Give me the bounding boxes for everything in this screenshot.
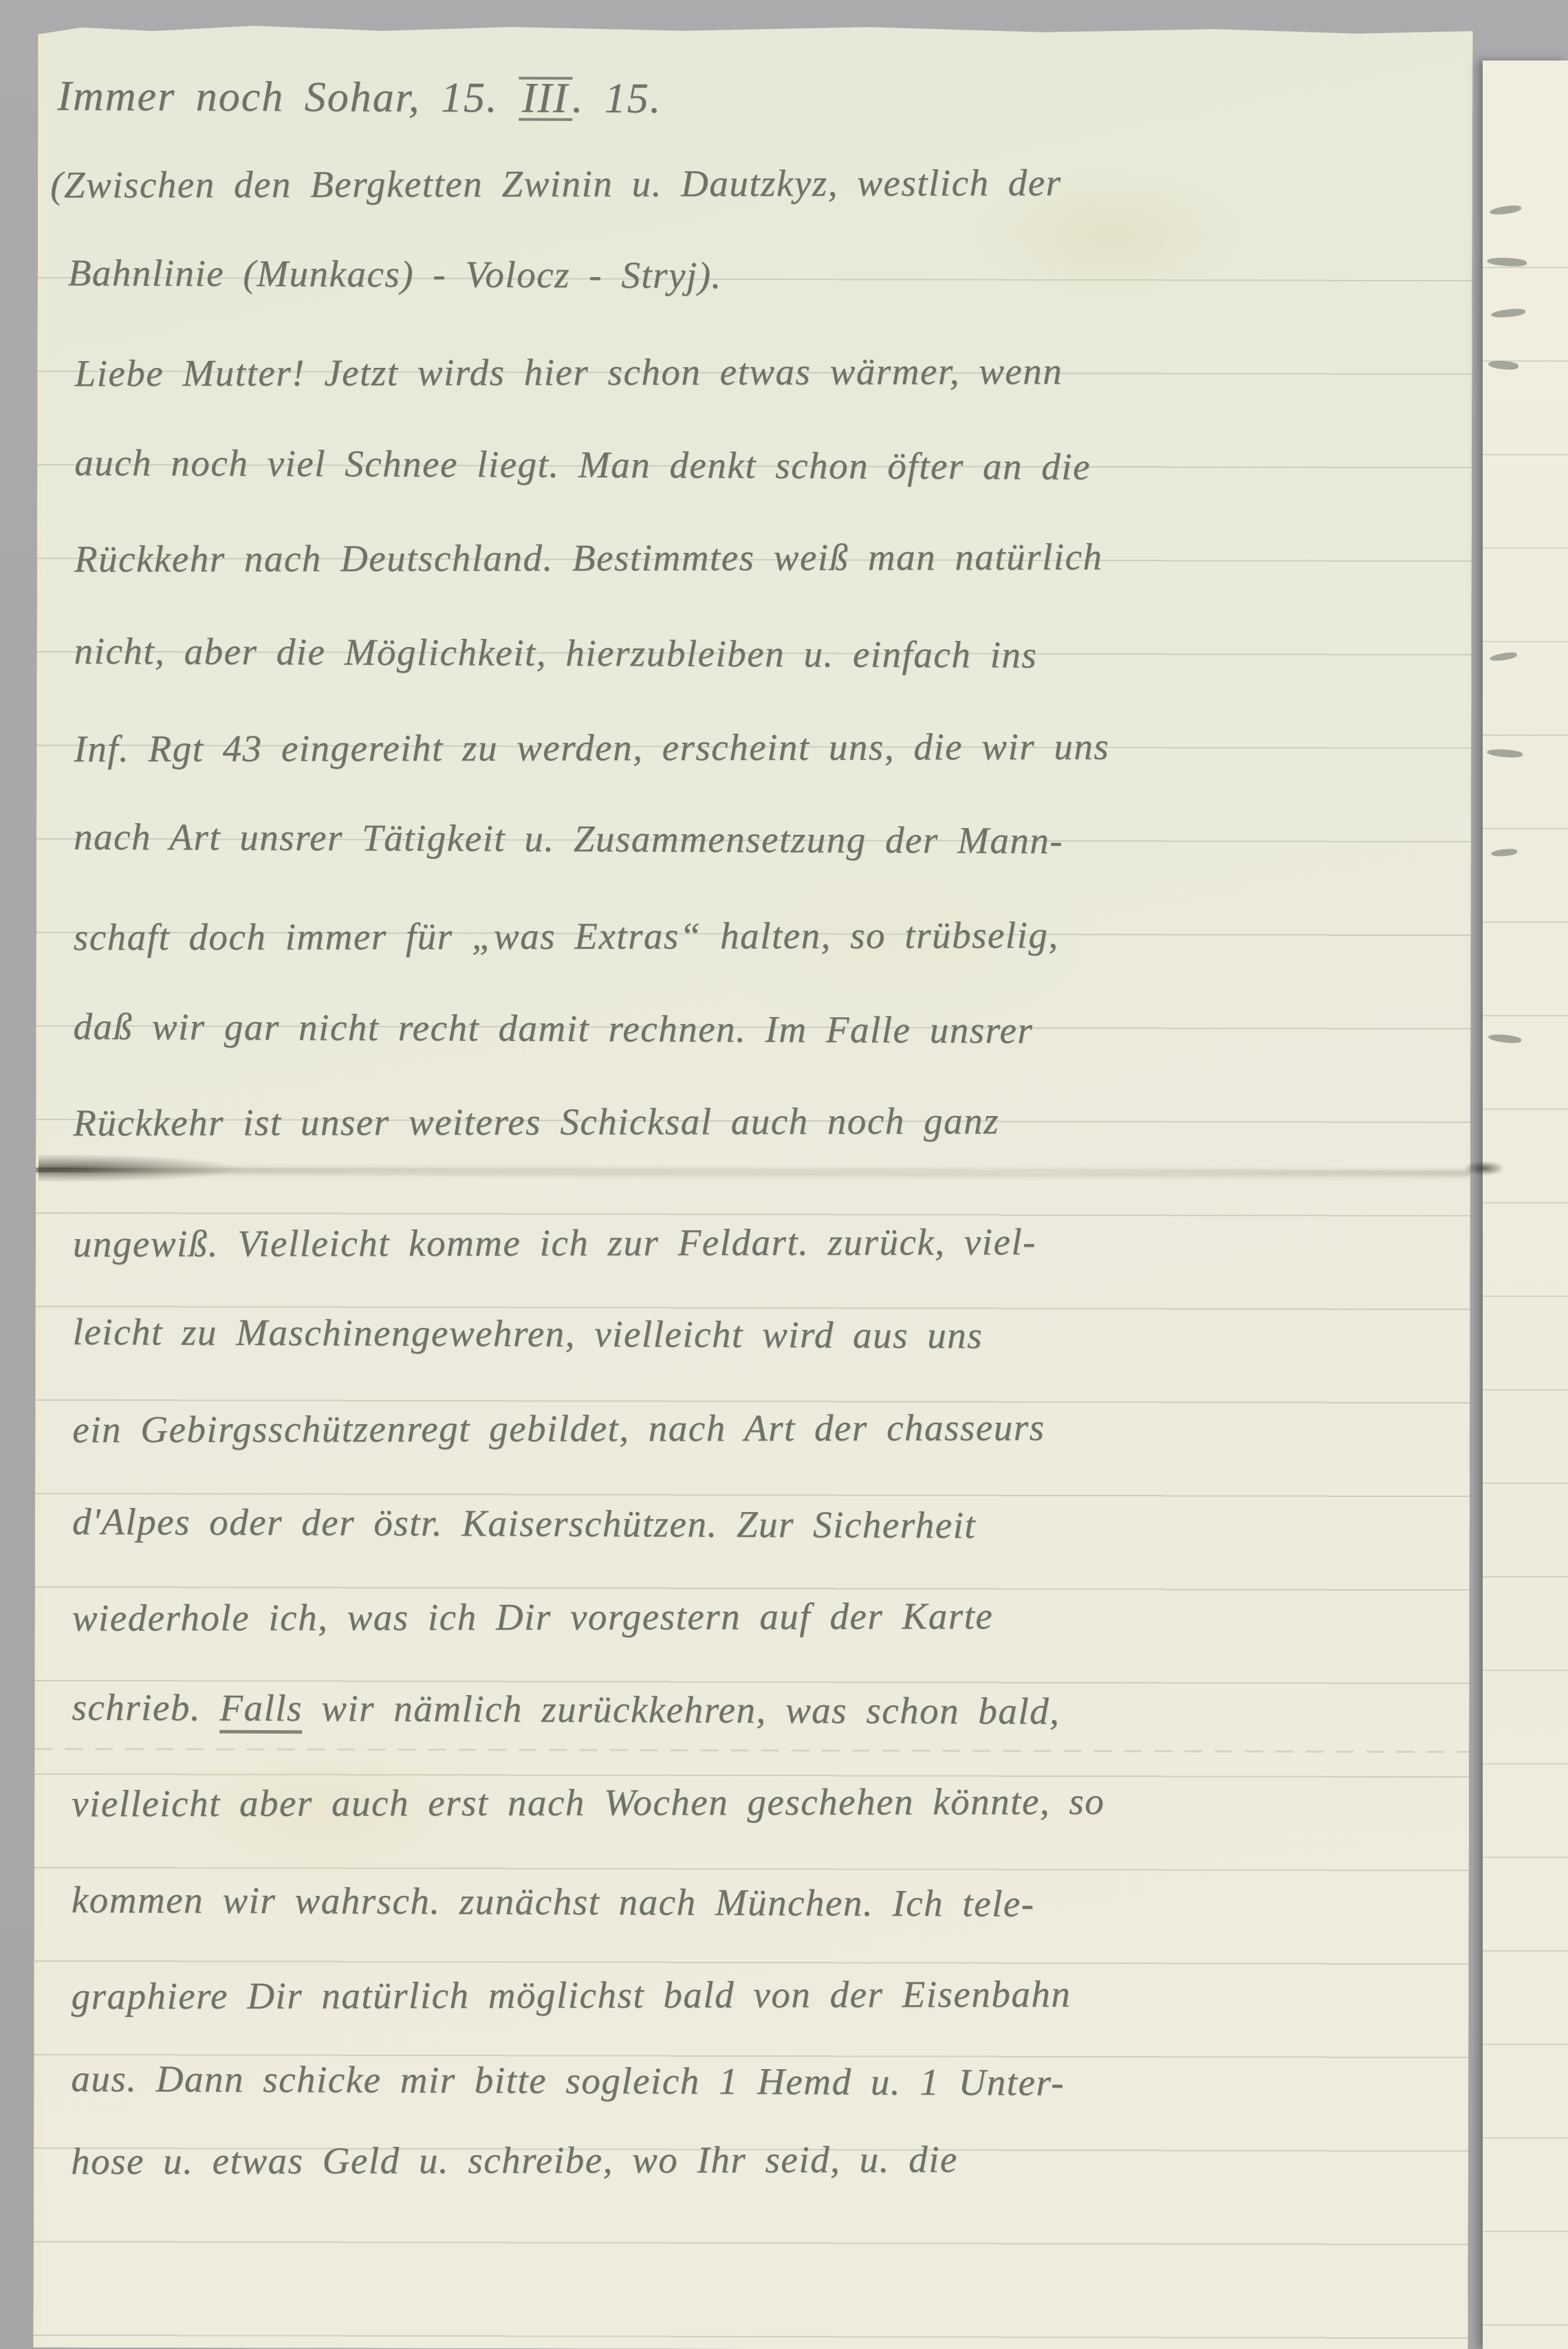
handwritten-line: aus. Dann schicke mir bitte sogleich 1 H… — [71, 2059, 1439, 2104]
handwritten-line: Liebe Mutter! Jetzt wirds hier schon etw… — [74, 351, 1443, 393]
handwritten-line: ungewiß. Vielleicht komme ich zur Feldar… — [73, 1221, 1441, 1264]
dateline: Immer noch Sohar, 15. III. 15. — [57, 74, 1426, 124]
handwritten-line: ein Gebirgsschützenregt gebildet, nach A… — [72, 1407, 1441, 1450]
handwritten-line-falls: schrieb. Falls wir nämlich zurückkehren,… — [72, 1687, 1440, 1733]
handwritten-line: vielleicht aber auch erst nach Wochen ge… — [72, 1781, 1440, 1824]
adjacent-page-edge — [1483, 61, 1568, 2349]
handwritten-line: graphiere Dir natürlich möglichst bald v… — [71, 1974, 1439, 2016]
handwritten-line: hose u. etwas Geld u. schreibe, wo Ihr s… — [71, 2139, 1439, 2181]
stray-ink-mark — [1487, 256, 1527, 267]
handwritten-line: Rückkehr ist unser weiteres Schicksal au… — [73, 1100, 1441, 1143]
dateline-post: . 15. — [572, 75, 662, 122]
fold-dark-spot — [1463, 1161, 1505, 1176]
fold-smudge — [39, 1154, 245, 1183]
handwritten-line: Inf. Rgt 43 eingereiht zu werden, ersche… — [74, 726, 1442, 769]
handwritten-line: auch noch viel Schnee liegt. Man denkt s… — [74, 443, 1443, 488]
dateline-pre: Immer noch Sohar, 15. — [57, 73, 519, 122]
ruled-lines — [1483, 267, 1568, 2349]
handwritten-line: nicht, aber die Möglichkeit, hierzubleib… — [74, 631, 1443, 677]
handwritten-line: schaft doch immer für „was Extras“ halte… — [74, 915, 1442, 957]
handwritten-line: leicht zu Maschinengewehren, vielleicht … — [72, 1312, 1441, 1357]
letter-page: Immer noch Sohar, 15. III. 15. (Zwischen… — [33, 23, 1472, 2349]
falls-post: wir nämlich zurückkehren, was schon bald… — [303, 1687, 1060, 1732]
stray-ink-mark — [1490, 204, 1522, 216]
handwritten-line: d'Alpes oder der östr. Kaiserschützen. Z… — [72, 1502, 1441, 1547]
falls-underlined-word: Falls — [219, 1687, 303, 1734]
handwritten-line: Bahnlinie (Munkacs) - Volocz - Stryj). — [68, 253, 1437, 298]
handwritten-line: (Zwischen den Bergketten Zwinin u. Dautz… — [50, 162, 1419, 205]
handwritten-line: kommen wir wahrsch. zunächst nach Münche… — [72, 1880, 1440, 1925]
handwritten-line: nach Art unsrer Tätigkeit u. Zusammenset… — [74, 817, 1442, 862]
handwritten-line: daß wir gar nicht recht damit rechnen. I… — [73, 1007, 1441, 1052]
handwritten-line: Rückkehr nach Deutschland. Bestimmtes we… — [74, 536, 1443, 579]
dateline-roman-numeral: III — [519, 77, 572, 121]
handwritten-line: wiederhole ich, was ich Dir vorgestern a… — [72, 1595, 1441, 1638]
scanned-letter: Immer noch Sohar, 15. III. 15. (Zwischen… — [0, 0, 1568, 2349]
falls-pre: schrieb. — [72, 1686, 219, 1729]
